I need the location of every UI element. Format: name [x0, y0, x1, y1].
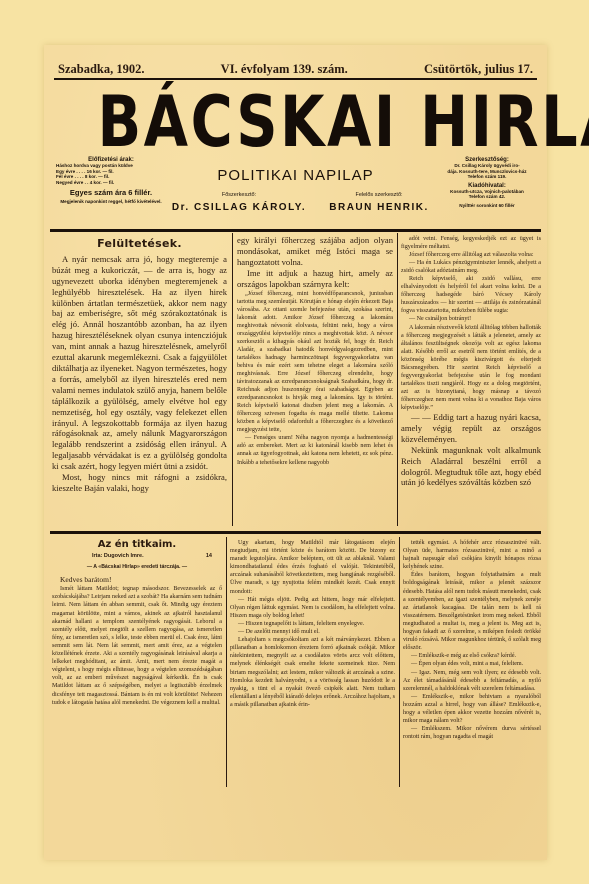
chief-editor-name: Dr. CSILLAG KÁROLY.: [164, 202, 314, 213]
article-column-2: egy királyi főherczeg szájába adjon olya…: [237, 235, 393, 527]
article-paragraph: Most, hogy nincs mit ráfogni a zsidókra,…: [52, 472, 227, 494]
publication-note: Megjelenik naponkint reggel, hétfő kivét…: [50, 199, 172, 205]
feuilleton-paragraph: — Emlékszik-e még az első csókra? kérdé.: [403, 652, 541, 660]
issue-number: VI. évfolyam 139. szám.: [221, 62, 348, 77]
feuilleton-number: 14: [206, 552, 212, 560]
responsible-editor: Felelős szerkesztő: BRAUN HENRIK.: [304, 192, 454, 213]
newspaper-page: Szabadka, 1902. VI. évfolyam 139. szám. …: [44, 45, 547, 860]
article-paragraph: Ime itt adjuk a hazug hirt, amely az ors…: [237, 268, 393, 290]
feuilleton-column-3: tették egymást. A hófehér arcz rózsaszin…: [403, 539, 541, 789]
column-divider: [397, 233, 398, 526]
column-divider: [232, 233, 233, 526]
feuilleton-author: Irta: Dugovich Imre.: [92, 552, 144, 560]
responsible-editor-role: Felelős szerkesztő:: [304, 192, 454, 198]
article-column-3: adót vetni. Fenség, kegyeskedjék ezt az …: [401, 235, 541, 527]
quote-paragraph: „József főherczeg, mint honvédfőparancsn…: [237, 290, 393, 435]
feuilleton-paragraph: tették egymást. A hófehér arcz rózsaszin…: [403, 539, 541, 571]
article-paragraph: — — Eddig tart a hazug nyári kacsa, amel…: [401, 412, 541, 445]
salutation: Kedves barátom!: [52, 574, 222, 585]
responsible-editor-name: BRAUN HENRIK.: [304, 202, 454, 213]
single-price: Egyes szám ára 6 fillér.: [50, 188, 172, 197]
feuilleton-paragraph: — Emlékszem. Mikor nővérem durva sértéss…: [403, 725, 541, 741]
quote-paragraph: József főherczeg erre állitólag azt vála…: [401, 251, 541, 259]
feuilleton-paragraph: — Hiszen tegnapelőtt is láttam, feleltem…: [230, 620, 395, 628]
feuilleton-divider: [50, 531, 541, 534]
feuilleton-paragraph: Édes barátom, hogyan folytathatnám a mul…: [403, 571, 541, 652]
quote-paragraph: A lakomán résztvevők közül állitólag töb…: [401, 324, 541, 413]
office-line: Telefon szám 119.: [432, 174, 542, 180]
chief-editor-role: Főszerkesztő:: [164, 192, 314, 198]
issue-date: Csütörtök, julius 17.: [424, 62, 533, 77]
feuilleton-paragraph: — Épen olyan édes volt, mint a mai, fele…: [403, 660, 541, 668]
feuilleton-paragraph: — Hát mégis eljött. Pedig azt hittem, ho…: [230, 596, 395, 620]
feuilleton-paragraph: — Emlékszik-e, mikor behivtam a nyaralób…: [403, 693, 541, 725]
quote-paragraph: — Ha én Lukács pénzügyminiszter lennék, …: [401, 259, 541, 275]
header-divider: [50, 229, 541, 232]
feuilleton-tagline: — A «Bácskai Hirlap» eredeti tárczája. —: [52, 563, 222, 571]
article-paragraph: egy királyi főherczeg szájába adjon olya…: [237, 235, 393, 268]
masthead-title: BÁCSKAI HIRLAP: [97, 85, 493, 159]
feuilleton-paragraph: Ismét láttam Matildot; tegnap másodszor.…: [52, 585, 222, 706]
feuilleton-byline: Irta: Dugovich Imre. 14: [52, 552, 222, 560]
feuilleton-paragraph: — De azelőtt mennyi idő mult el.: [230, 628, 395, 636]
feuilleton-column-1: Az én titkaim. Irta: Dugovich Imre. 14 —…: [52, 539, 222, 789]
feuilleton-paragraph: — Igaz. Nem, még sem volt ilyen; ez édes…: [403, 669, 541, 693]
feuilleton-paragraph: Lehajoltam s megcsókoltam azt a két márv…: [230, 636, 395, 709]
quote-paragraph: — Ne csináljon botrányt!: [401, 315, 541, 323]
feuilleton-column-2: Ugy akartam, hogy Matildtól már látogatá…: [230, 539, 395, 789]
quote-paragraph: — Fenséges uram! Néha nagyon nyomja a ha…: [237, 434, 393, 466]
article-paragraph: Nekünk magunknak volt alkalmunk Reich Al…: [401, 445, 541, 489]
article-paragraph: A nyár nemcsak arra jó, hogy megteremje …: [52, 254, 227, 472]
article-title: Felültetések.: [52, 239, 227, 250]
article-column-1: Felültetések. A nyár nemcsak arra jó, ho…: [52, 237, 227, 527]
quote-paragraph: Reich képviselő, aki zsidó vallásu, erre…: [401, 275, 541, 315]
column-divider: [226, 537, 227, 787]
feuilleton-title: Az én titkaim.: [52, 541, 222, 549]
quote-paragraph: adót vetni. Fenség, kegyeskedjék ezt az …: [401, 235, 541, 251]
place-year: Szabadka, 1902.: [58, 62, 144, 77]
feuilleton-paragraph: Ugy akartam, hogy Matildtól már látogatá…: [230, 539, 395, 596]
dateline: Szabadka, 1902. VI. évfolyam 139. szám. …: [54, 59, 537, 80]
chief-editor: Főszerkesztő: Dr. CSILLAG KÁROLY.: [164, 192, 314, 213]
column-divider: [399, 537, 400, 787]
